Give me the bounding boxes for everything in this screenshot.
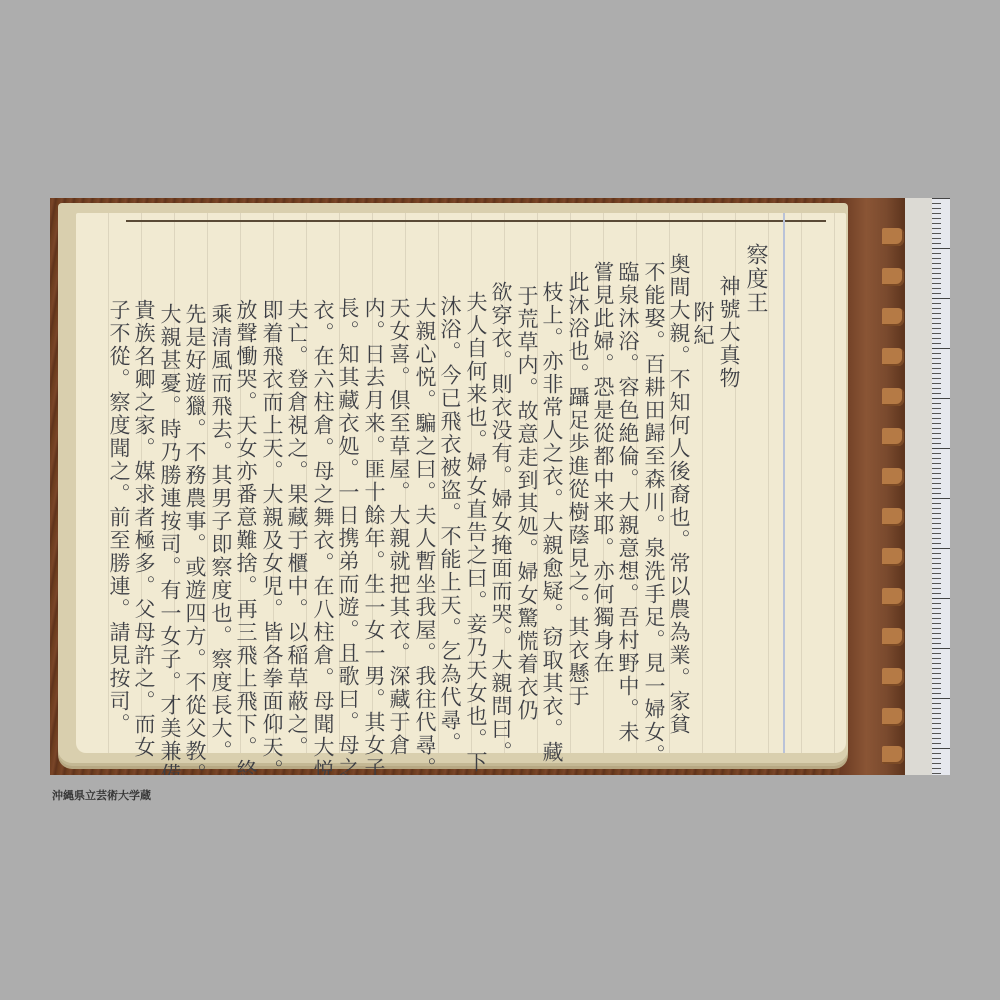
text-column: 此沐浴也。躡足歩進從樹蔭見之。其衣懸于 [567,271,588,708]
binding-stitch [882,428,904,446]
text-column: 天女喜。倶至草屋。大親就把其衣。深藏于倉 [388,297,409,757]
collection-credit: 沖縄県立芸術大学蔵 [52,787,151,803]
binding-stitch [882,668,904,686]
document-note: 附紀 [692,301,713,347]
page-stack: 察度王 神號大真物 附紀 奥間大親。不知何人後裔也。常以農為業。家貧 不能娶。百… [58,203,848,763]
text-column: 衣。在六柱倉。母之舞衣。在八柱倉。母聞大悦。窺 [312,299,333,775]
text-column: 即着飛衣而上天。大親及女児。皆各拳面仰天。 [261,299,282,775]
margin-line [783,213,785,753]
text-column: 内。日去月来。匪十餘年。生一女一男。其女子稍 [363,297,384,775]
text-column: 臨泉沐浴。容色絶倫。大親意想。吾村野中。未 [617,261,638,744]
text-column: 先是好遊獵。不務農事。或遊四方。不從父教。 [184,303,205,775]
binding-stitch [882,548,904,566]
binding-stitch [882,628,904,646]
text-column: 欲穿衣。則衣没有。婦女掩面而哭。大親問曰。 [490,281,511,764]
binding-stitch [882,388,904,406]
document-title: 察度王 [744,243,766,315]
binding-stitch [882,268,904,286]
binding-stitch [882,708,904,726]
text-column: 沐浴。今已飛衣被盗。不能上天。乞為代尋。 [439,295,460,755]
text-column: 不能娶。百耕田歸至森川。泉洗手足。見一婦女。 [643,261,664,767]
text-column: 嘗見此婦。恐是從都中来耶。亦何獨身在 [592,261,613,675]
text-column: 大親心悦。騙之曰。夫人暫坐我屋。我往代尋。 [414,297,435,775]
text-column: 貴族名卿之家。媒求者極多。父母許之。而女 [133,299,154,759]
binding-stitch [882,308,904,326]
document-subtitle: 神號大真物 [718,275,739,390]
text-column: 長。知其藏衣処。一日携弟而遊。且歌曰。母之飛 [337,297,358,775]
manuscript-page: 察度王 神號大真物 附紀 奥間大親。不知何人後裔也。常以農為業。家貧 不能娶。百… [76,213,846,753]
text-column: 夫亡。登倉視之。果藏于櫃中。以稲草蔽之。 [286,299,307,759]
manuscript-photo: 察度王 神號大真物 附紀 奥間大親。不知何人後裔也。常以農為業。家貧 不能娶。百… [50,198,950,775]
book-binding [840,198,906,775]
top-margin-rule [126,220,826,222]
text-column: 夫人自何来也。婦女直告之曰。妾乃天女也。下界 [465,291,486,775]
binding-stitch [882,746,904,764]
text-column: 大親甚憂。時乃勝連按司。有一女子。才美兼備。 [159,303,180,775]
binding-stitch [882,348,904,366]
binding-stitch [882,508,904,526]
text-column: 于荒草内。故意走到其処。婦女驚慌着衣仍 [516,285,537,722]
binding-stitch [882,588,904,606]
text-column: 放聲慟哭。天女亦番意難捨。再三飛上飛下。終 [235,299,256,775]
text-column: 枝上。亦非常人之衣。大親愈疑。窃取其衣。藏 [541,281,562,764]
scale-ruler-major-ticks [932,198,950,775]
text-column: 乘清風而飛去。其男子即察度也。察度長大。 [210,303,231,763]
backing-strip [905,198,935,775]
binding-stitch [882,468,904,486]
binding-stitch [882,228,904,246]
text-column: 奥間大親。不知何人後裔也。常以農為業。家貧 [668,253,689,736]
text-column: 子不從。察度聞之。前至勝連。請見按司。 [108,299,129,736]
